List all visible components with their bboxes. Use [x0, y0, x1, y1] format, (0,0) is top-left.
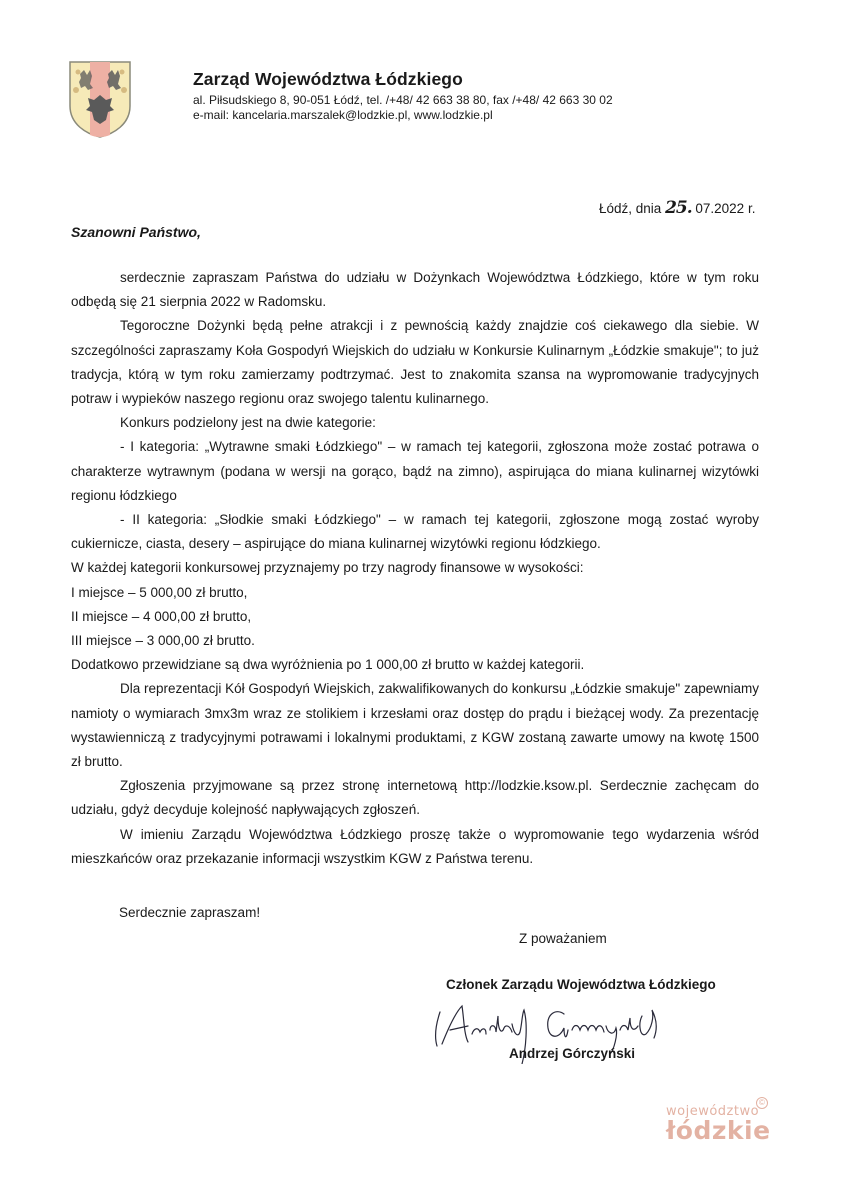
regards-line: Z poważaniem — [519, 931, 607, 946]
letter-body: serdecznie zapraszam Państwa do udziału … — [71, 266, 759, 871]
letter-date: Łódź, dnia 25. 07.2022 r. — [599, 198, 755, 218]
coat-of-arms-icon — [68, 60, 132, 138]
paragraph: Tegoroczne Dożynki będą pełne atrakcji i… — [71, 314, 759, 411]
date-day-handwritten: 25. — [665, 198, 692, 218]
signatory-role: Członek Zarządu Województwa Łódzkiego — [446, 977, 716, 992]
wojewodztwo-lodzkie-logo: województwo łódzkie © — [666, 1104, 771, 1143]
copyright-mark-icon: © — [756, 1097, 768, 1109]
date-suffix: 07.2022 r. — [692, 201, 756, 216]
greeting: Szanowni Państwo, — [71, 224, 201, 240]
signatory-name: Andrzej Górczyński — [509, 1046, 635, 1061]
organization-name: Zarząd Województwa Łódzkiego — [193, 69, 463, 90]
prize-item: III miejsce – 3 000,00 zł brutto. — [71, 629, 759, 653]
paragraph: Konkurs podzielony jest na dwie kategori… — [71, 411, 759, 435]
paragraph: serdecznie zapraszam Państwa do udziału … — [71, 266, 759, 314]
paragraph: W każdej kategorii konkursowej przyznaje… — [71, 556, 759, 580]
paragraph: Dodatkowo przewidziane są dwa wyróżnieni… — [71, 653, 759, 677]
prize-item: II miejsce – 4 000,00 zł brutto, — [71, 605, 759, 629]
category-item: - I kategoria: „Wytrawne smaki Łódzkiego… — [71, 435, 759, 508]
organization-contact: e-mail: kancelaria.marszalek@lodzkie.pl,… — [193, 108, 493, 122]
logo-line-2: łódzkie — [666, 1119, 771, 1143]
paragraph: W imieniu Zarządu Województwa Łódzkiego … — [71, 823, 759, 871]
paragraph: Dla reprezentacji Kół Gospodyń Wiejskich… — [71, 677, 759, 774]
paragraph: Zgłoszenia przyjmowane są przez stronę i… — [71, 774, 759, 822]
organization-address: al. Piłsudskiego 8, 90-051 Łódź, tel. /+… — [193, 93, 613, 107]
category-item: - II kategoria: „Słodkie smaki Łódzkiego… — [71, 508, 759, 556]
closing-line: Serdecznie zapraszam! — [119, 905, 260, 920]
prize-item: I miejsce – 5 000,00 zł brutto, — [71, 581, 759, 605]
date-prefix: Łódź, dnia — [599, 201, 665, 216]
